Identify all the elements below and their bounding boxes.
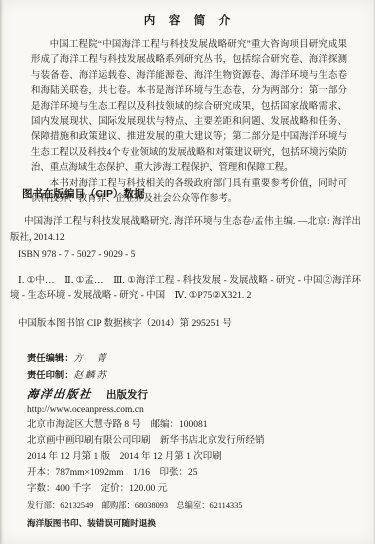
editor-name: 方 菁 <box>74 354 109 364</box>
colophon-section: 责任编辑：方 菁 责任印制：赵麟苏 海洋出版社 出版发行 http://www.… <box>27 351 359 530</box>
content-summary-section: 内 容 简 介 中国工程院“中国海洋工程与科技发展战略研究”重大咨询项目研究成果… <box>0 0 375 207</box>
publisher-line: 海洋出版社 出版发行 <box>27 386 359 402</box>
return-notice: 海洋版图书印、装错误可随时退换 <box>27 516 359 531</box>
wordcount-price-info: 字数：400 千字 定价：120.00 元 <box>27 482 359 498</box>
editor-label: 责任编辑： <box>27 353 74 363</box>
cip-heading: 图书在版编目（CIP）数据 <box>22 186 375 201</box>
content-summary-title: 内 容 简 介 <box>0 12 375 28</box>
cip-entry: 中国海洋工程与科技发展战略研究. 海洋环境与生态卷/孟伟主编. —北京: 海洋出… <box>10 215 361 246</box>
publish-distribute-label: 出版发行 <box>106 387 148 402</box>
cip-isbn: ISBN 978 - 7 - 5027 - 9029 - 5 <box>18 248 375 264</box>
content-summary-body: 中国工程院“中国海洋工程与科技发展战略研究”重大咨询项目研究成果形成了海洋工程与… <box>31 38 347 207</box>
edition-info: 2014 年 12 月第 1 版 2014 年 12 月第 1 次印刷 <box>27 450 359 466</box>
cip-record-number: 中国版本图书馆 CIP 数据核字（2014）第 295251 号 <box>18 317 375 333</box>
publisher-address: 北京市海淀区大慧寺路 8 号 邮编：100081 <box>27 418 359 434</box>
cip-classification: Ⅰ. ①中… Ⅱ. ①孟… Ⅲ. ①海洋工程 - 科技发展 - 发展战略 - 研… <box>10 274 361 305</box>
responsible-editor-line: 责任编辑：方 菁 <box>27 351 359 368</box>
cip-data-section: 图书在版编目（CIP）数据 中国海洋工程与科技发展战略研究. 海洋环境与生态卷/… <box>0 186 375 332</box>
publisher-logo-script: 海洋出版社 <box>26 386 93 402</box>
printer-label: 责任印制： <box>27 370 74 380</box>
responsible-printer-line: 责任印制：赵麟苏 <box>27 368 359 385</box>
contact-phones: 发行部：62132549 邮购部：68038093 总编室：62114335 <box>27 499 359 514</box>
summary-paragraph-1: 中国工程院“中国海洋工程与科技发展战略研究”重大咨询项目研究成果形成了海洋工程与… <box>31 38 347 177</box>
printing-distribution-info: 北京画中画印刷有限公司印刷 新华书店北京发行所经销 <box>27 434 359 450</box>
website-url: http://www.oceanpress.com.cn <box>27 403 359 419</box>
format-info: 开本：787mm×1092mm 1/16 印张：25 <box>27 466 359 482</box>
printer-name: 赵麟苏 <box>74 371 109 381</box>
book-copyright-page: 内 容 简 介 中国工程院“中国海洋工程与科技发展战略研究”重大咨询项目研究成果… <box>0 0 375 544</box>
